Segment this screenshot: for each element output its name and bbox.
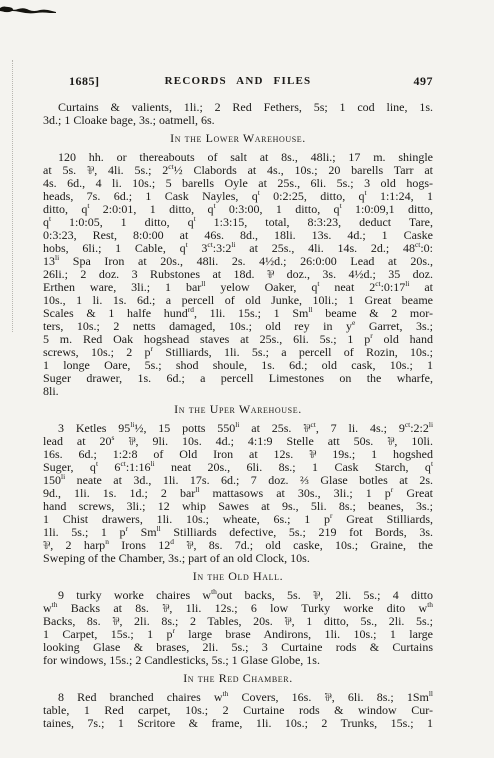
page-header: 1685] RECORDS AND FILES 497: [43, 74, 433, 88]
text-line: taines, 7s.; 1 Scritore & frame, 1li. 10…: [43, 717, 433, 730]
paragraph: Curtains & valients, 1li.; 2 Red Fethers…: [43, 101, 433, 127]
text-line: 3d.; 1 Cloake bage, 3s.; oatmell, 6s.: [43, 114, 433, 127]
text-line: Sweping of the Chamber, 3s.; part of an …: [43, 552, 433, 565]
text-line: Suger drawer, 1s. 6d.; a percell Limesto…: [43, 372, 433, 385]
binding-dotted-line: [12, 60, 13, 332]
section-heading: In the Old Hall.: [43, 569, 433, 583]
paragraph: 8 Red branched chaires wth Covers, 16s. …: [43, 691, 433, 730]
ink-smudge-artifact: [0, 3, 56, 17]
text-line: 8li.: [43, 385, 433, 398]
section-heading: In the Red Chamber.: [43, 671, 433, 685]
paragraph: 3 Ketles 95li½, 15 potts 550li at 25s. ⅌…: [43, 422, 433, 565]
book-page: 1685] RECORDS AND FILES 497 Curtains & v…: [0, 0, 494, 758]
section-heading: In the Uper Warehouse.: [43, 402, 433, 416]
text-line: for windows, 15s.; 2 Candlesticks, 5s.; …: [43, 654, 433, 667]
paragraph: 9 turky worke chaires wthout backs, 5s. …: [43, 589, 433, 667]
section-heading: In the Lower Warehouse.: [43, 131, 433, 145]
running-title: RECORDS AND FILES: [43, 75, 433, 87]
page-body: Curtains & valients, 1li.; 2 Red Fethers…: [43, 101, 433, 730]
paragraph: 120 hh. or thereabouts of salt at 8s., 4…: [43, 151, 433, 398]
page-number: 497: [414, 74, 434, 89]
